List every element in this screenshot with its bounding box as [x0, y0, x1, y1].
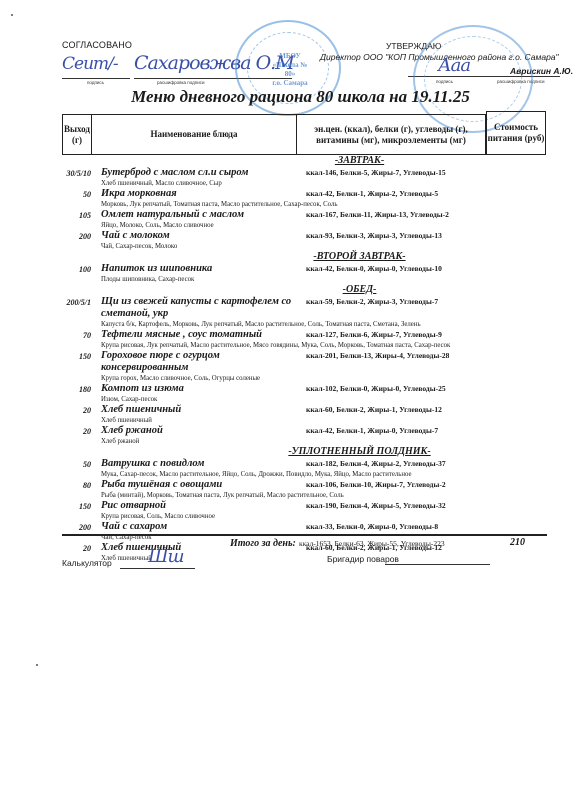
item-nutrition: ккал-59, Белки-2, Жиры-3, Углеводы-7: [306, 296, 438, 306]
item-name: Бутерброд с маслом сл.и сыром: [101, 167, 296, 179]
menu-item: 50Ватрушка с повидломккал-182, Белки-4, …: [62, 458, 547, 479]
item-ingredients: Морковь, Лук репчатый, Томатная паста, М…: [91, 200, 547, 209]
menu-item: 100Напиток из шиповникаккал-42, Белки-0,…: [62, 263, 547, 284]
menu-item: 30/5/10Бутерброд с маслом сл.и сыромккал…: [62, 167, 547, 188]
item-name: Гороховое пюре с огурцом консервированны…: [101, 350, 296, 374]
item-nutrition: ккал-106, Белки-10, Жиры-7, Углеводы-2: [306, 479, 446, 489]
approval-left-block: СОГЛАСОВАНО: [62, 40, 302, 50]
item-nutrition: ккал-146, Белки-5, Жиры-7, Углеводы-15: [306, 167, 446, 177]
item-name: Омлет натуральный с маслом: [101, 209, 296, 221]
item-nutrition: ккал-182, Белки-4, Жиры-2, Углеводы-37: [306, 458, 446, 468]
menu-item: 180Компот из изюмаккал-102, Белки-0, Жир…: [62, 383, 547, 404]
item-nutrition: ккал-190, Белки-4, Жиры-5, Углеводы-32: [306, 500, 446, 510]
item-ingredients: Капуста б/к, Картофель, Морковь, Лук реп…: [91, 320, 547, 329]
section-title: -ЗАВТРАК-: [62, 155, 547, 167]
menu-body: -ЗАВТРАК-30/5/10Бутерброд с маслом сл.и …: [62, 155, 547, 563]
header-price: Стоимость питания (руб): [486, 111, 546, 155]
decode-line: [134, 78, 292, 79]
director-signature: Ааа: [438, 55, 470, 76]
item-nutrition: ккал-167, Белки-11, Жиры-13, Углеводы-2: [306, 209, 449, 219]
table-header: Выход (г) Наименование блюда эн.цен. (кк…: [62, 114, 486, 155]
item-output: 200/5/1: [38, 296, 91, 307]
item-ingredients: Плоды шиповника, Сахар-песок: [91, 275, 547, 284]
menu-item: 20Хлеб ржанойккал-42, Белки-1, Жиры-0, У…: [62, 425, 547, 446]
page-title: Меню дневного рациона 80 школа на 19.11.…: [0, 87, 581, 107]
item-ingredients: Мука, Сахар-песок, Масло растительное, Я…: [91, 470, 547, 479]
sub-signature-label: подпись: [87, 80, 104, 85]
item-nutrition: ккал-33, Белки-0, Жиры-0, Углеводы-8: [306, 521, 438, 531]
item-name: Рыба тушёная с овощами: [101, 479, 296, 491]
section-title: -ОБЕД-: [62, 284, 547, 296]
chef-signature-line: [385, 564, 490, 565]
item-ingredients: Хлеб пшеничный: [91, 416, 547, 425]
item-nutrition: ккал-201, Белки-13, Жиры-4, Углеводы-28: [306, 350, 449, 360]
total-label: Итого за день:: [230, 538, 296, 549]
menu-item: 50Икра морковнаяккал-42, Белки-1, Жиры-2…: [62, 188, 547, 209]
total-rule: [62, 534, 547, 536]
chef-label: Бригадир поваров: [327, 554, 399, 564]
menu-item: 70Тефтели мясные , соус томатныйккал-127…: [62, 329, 547, 350]
menu-item: 80Рыба тушёная с овощамиккал-106, Белки-…: [62, 479, 547, 500]
approval-left-caption: СОГЛАСОВАНО: [62, 40, 302, 50]
header-nutrition: эн.цен. (ккал), белки (г), углеводы (г),…: [297, 115, 485, 154]
item-output: 50: [38, 188, 91, 199]
item-output: 80: [38, 479, 91, 490]
menu-item: 20Хлеб пшеничныйккал-60, Белки-2, Жиры-1…: [62, 404, 547, 425]
scan-speck: [11, 14, 13, 16]
item-name: Икра морковная: [101, 188, 296, 200]
item-ingredients: Крупа рисовая, Лук репчатый, Масло расти…: [91, 341, 547, 350]
item-output: 50: [38, 458, 91, 469]
item-output: 30/5/10: [38, 167, 91, 178]
item-name: Чай с молоком: [101, 230, 296, 242]
scan-speck: [36, 664, 38, 666]
item-output: 20: [38, 404, 91, 415]
approval-left-signature-row: Сеит/- Сахаровжва О.М подпись расшифровк…: [62, 56, 302, 86]
signature-line: [62, 78, 130, 79]
item-name: Чай с сахаром: [101, 521, 296, 533]
item-ingredients: Рыба (минтай), Морковь, Томатная паста, …: [91, 491, 547, 500]
item-output: 180: [38, 383, 91, 394]
item-ingredients: Изюм, Сахар-песок: [91, 395, 547, 404]
item-output: 70: [38, 329, 91, 340]
section-title: -УПЛОТНЕННЫЙ ПОЛДНИК-: [62, 446, 547, 458]
item-output: 150: [38, 500, 91, 511]
calculator-label: Калькулятор: [62, 558, 112, 568]
item-nutrition: ккал-102, Белки-0, Жиры-0, Углеводы-25: [306, 383, 446, 393]
director-decode-line: [496, 76, 560, 77]
total-price: 210: [510, 537, 525, 548]
menu-item: 105Омлет натуральный с масломккал-167, Б…: [62, 209, 547, 230]
approval-right-caption: УТВЕРЖДАЮ: [386, 41, 441, 51]
calculator-signature: Шш: [148, 546, 184, 567]
sub-decode-label: расшифровка подписи: [157, 80, 204, 85]
signature-initial: Сеит/-: [62, 54, 118, 74]
item-name: Хлеб пшеничный: [101, 404, 296, 416]
director-sub-decode: расшифровка подписи: [497, 79, 544, 84]
section-title: -ВТОРОЙ ЗАВТРАК-: [62, 251, 547, 263]
item-output: 20: [38, 542, 91, 553]
item-nutrition: ккал-93, Белки-3, Жиры-3, Углеводы-13: [306, 230, 442, 240]
item-nutrition: ккал-127, Белки-6, Жиры-7, Углеводы-9: [306, 329, 442, 339]
item-output: 150: [38, 350, 91, 361]
header-output: Выход (г): [63, 115, 92, 154]
item-name: Тефтели мясные , соус томатный: [101, 329, 296, 341]
item-name: Рис отварной: [101, 500, 296, 512]
signature-decoded: Сахаровжва О.М: [134, 52, 294, 74]
total-value: ккал-1653, Белки-63, Жиры-55, Углеводы-2…: [299, 539, 445, 548]
item-name: Щи из свежей капусты с картофелем со сме…: [101, 296, 296, 320]
menu-item: 150Рис отварнойккал-190, Белки-4, Жиры-5…: [62, 500, 547, 521]
item-output: 20: [38, 425, 91, 436]
item-ingredients: Яйцо, Молоко, Соль, Масло сливочное: [91, 221, 547, 230]
calculator-signature-line: [120, 568, 195, 569]
item-ingredients: Крупа горох, Масло сливочное, Соль, Огур…: [91, 374, 547, 383]
item-name: Ватрушка с повидлом: [101, 458, 296, 470]
item-output: 105: [38, 209, 91, 220]
item-ingredients: Чай, Сахар-песок, Молоко: [91, 242, 547, 251]
item-nutrition: ккал-42, Белки-0, Жиры-0, Углеводы-10: [306, 263, 442, 273]
item-output: 100: [38, 263, 91, 274]
menu-item: 200Чай с молокомккал-93, Белки-3, Жиры-3…: [62, 230, 547, 251]
item-name: Компот из изюма: [101, 383, 296, 395]
item-nutrition: ккал-42, Белки-1, Жиры-2, Углеводы-5: [306, 188, 438, 198]
director-signature-line: [408, 76, 496, 77]
item-ingredients: Крупа рисовая, Соль, Масло сливочное: [91, 512, 547, 521]
menu-item: 200/5/1Щи из свежей капусты с картофелем…: [62, 296, 547, 329]
menu-item: 150Гороховое пюре с огурцом консервирова…: [62, 350, 547, 383]
item-name: Напиток из шиповника: [101, 263, 296, 275]
item-nutrition: ккал-42, Белки-1, Жиры-0, Углеводы-7: [306, 425, 438, 435]
item-nutrition: ккал-60, Белки-2, Жиры-1, Углеводы-12: [306, 404, 442, 414]
item-name: Хлеб ржаной: [101, 425, 296, 437]
item-output: 200: [38, 230, 91, 241]
director-sub-signature: подпись: [436, 79, 453, 84]
item-output: 200: [38, 521, 91, 532]
item-ingredients: Хлеб ржаной: [91, 437, 547, 446]
header-dish-name: Наименование блюда: [92, 115, 297, 154]
item-ingredients: Хлеб пшеничный, Масло сливочное, Сыр: [91, 179, 547, 188]
